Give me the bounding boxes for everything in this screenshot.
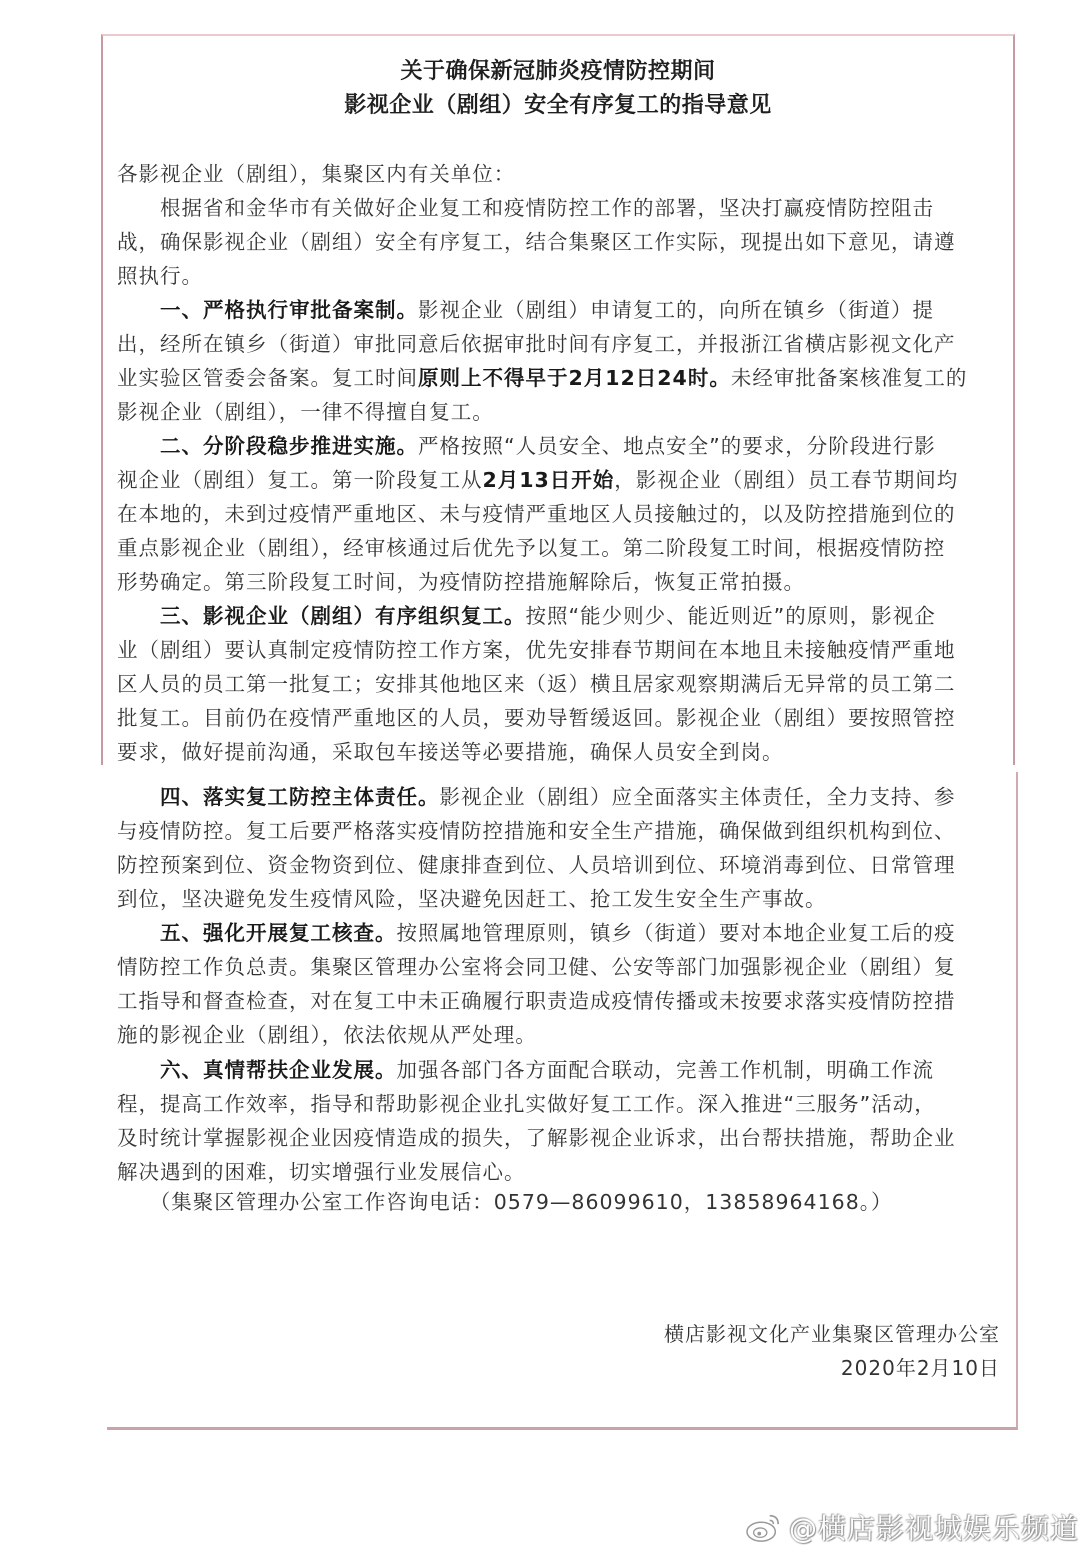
text-run: ，影视企业（剧组）员工春节期间均 xyxy=(614,468,958,492)
text-run: 业（剧组）要认真制定疫情防控工作方案，优先安排春节期间在本地且未接触疫情严重地 xyxy=(117,638,956,662)
body-line: 六、真情帮扶企业发展。加强各部门各方面配合联动，完善工作机制，明确工作流 xyxy=(117,1055,1007,1085)
body-line: 程，提高工作效率，指导和帮助影视企业扎实做好复工工作。深入推进“三服务”活动， xyxy=(117,1089,1007,1119)
text-run: 影视企业（剧组）申请复工的，向所在镇乡（街道）提 xyxy=(418,298,934,322)
body-line: 要求，做好提前沟通，采取包车接送等必要措施，确保人员安全到岗。 xyxy=(117,737,1007,767)
text-run: 按照“能少则少、能近则近”的原则，影视企 xyxy=(526,604,936,628)
document-page: 关于确保新冠肺炎疫情防控期间 影视企业（剧组）安全有序复工的指导意见 各影视企业… xyxy=(0,0,1080,1550)
body-line: 工指导和督查检查，对在复工中未正确履行职责造成疫情传播或未按要求落实疫情防控措 xyxy=(117,986,1007,1016)
text-run: 防控预案到位、资金物资到位、健康排查到位、人员培训到位、环境消毒到位、日常管理 xyxy=(117,853,956,877)
text-run: 业实验区管委会备案。复工时间 xyxy=(117,366,418,390)
body-line: 及时统计掌握影视企业因疫情造成的损失，了解影视企业诉求，出台帮扶措施，帮助企业 xyxy=(117,1123,1007,1153)
text-run: 情防控工作负总责。集聚区管理办公室将会同卫健、公安等部门加强影视企业（剧组）复 xyxy=(117,955,956,979)
body-line: 形势确定。第三阶段复工时间，为疫情防控措施解除后，恢复正常拍摄。 xyxy=(117,567,1007,597)
weibo-icon xyxy=(745,1510,783,1544)
body-line: 业（剧组）要认真制定疫情防控工作方案，优先安排春节期间在本地且未接触疫情严重地 xyxy=(117,635,1007,665)
body-line: 战，确保影视企业（剧组）安全有序复工，结合集聚区工作实际，现提出如下意见，请遵 xyxy=(117,227,1007,257)
body-line: 重点影视企业（剧组），经审核通过后优先予以复工。第二阶段复工时间，根据疫情防控 xyxy=(117,533,1007,563)
body-line: 防控预案到位、资金物资到位、健康排查到位、人员培训到位、环境消毒到位、日常管理 xyxy=(117,850,1007,880)
document-title-line-1: 关于确保新冠肺炎疫情防控期间 xyxy=(101,54,1015,85)
text-run: 要求，做好提前沟通，采取包车接送等必要措施，确保人员安全到岗。 xyxy=(117,740,784,764)
body-line: 解决遇到的困难，切实增强行业发展信心。 xyxy=(117,1157,1007,1187)
body-line: 与疫情防控。复工后要严格落实疫情防控措施和安全生产措施，确保做到组织机构到位、 xyxy=(117,816,1007,846)
text-run: 重点影视企业（剧组），经审核通过后优先予以复工。第二阶段复工时间，根据疫情防控 xyxy=(117,536,945,560)
text-run: 视企业（剧组）复工。第一阶段复工从 xyxy=(117,468,483,492)
body-line: 四、落实复工防控主体责任。影视企业（剧组）应全面落实主体责任，全力支持、参 xyxy=(117,782,1007,812)
salutation: 各影视企业（剧组），集聚区内有关单位： xyxy=(117,159,1007,189)
text-run: 批复工。目前仍在疫情严重地区的人员，要劝导暂缓返回。影视企业（剧组）要按照管控 xyxy=(117,706,956,730)
bold-text-run: 五、强化开展复工核查。 xyxy=(117,921,397,945)
body-line: 二、分阶段稳步推进实施。严格按照“人员安全、地点安全”的要求，分阶段进行影 xyxy=(117,431,1007,461)
text-run: 到位，坚决避免发生疫情风险，坚决避免因赶工、抢工发生安全生产事故。 xyxy=(117,887,827,911)
text-run: 形势确定。第三阶段复工时间，为疫情防控措施解除后，恢复正常拍摄。 xyxy=(117,570,805,594)
signature-date: 2020年2月10日 xyxy=(841,1352,1000,1381)
text-run: 与疫情防控。复工后要严格落实疫情防控措施和安全生产措施，确保做到组织机构到位、 xyxy=(117,819,956,843)
text-run: 工指导和督查检查，对在复工中未正确履行职责造成疫情传播或未按要求落实疫情防控措 xyxy=(117,989,956,1013)
text-run: 根据省和金华市有关做好企业复工和疫情防控工作的部署，坚决打赢疫情防控阻击 xyxy=(117,196,934,220)
body-line: 业实验区管委会备案。复工时间原则上不得早于2月12日24时。未经审批备案核准复工… xyxy=(117,363,1007,393)
text-run: 影视企业（剧组）应全面落实主体责任，全力支持、参 xyxy=(440,785,956,809)
text-run: 照执行。 xyxy=(117,264,203,288)
text-run: 在本地的，未到过疫情严重地区、未与疫情严重地区人员接触过的，以及防控措施到位的 xyxy=(117,502,956,526)
text-run: 出，经所在镇乡（街道）审批同意后依据审批时间有序复工，并报浙江省横店影视文化产 xyxy=(117,332,956,356)
text-run: 施的影视企业（剧组），依法依规从严处理。 xyxy=(117,1023,537,1047)
text-run: 区人员的员工第一批复工；安排其他地区来（返）横且居家观察期满后无异常的员工第二 xyxy=(117,672,956,696)
body-line: 三、影视企业（剧组）有序组织复工。按照“能少则少、能近则近”的原则，影视企 xyxy=(117,601,1007,631)
text-run: 解决遇到的困难，切实增强行业发展信心。 xyxy=(117,1160,526,1184)
text-run: 程，提高工作效率，指导和帮助影视企业扎实做好复工工作。深入推进“三服务”活动， xyxy=(117,1092,936,1116)
body-line: 施的影视企业（剧组），依法依规从严处理。 xyxy=(117,1020,1007,1050)
signature-organization: 横店影视文化产业集聚区管理办公室 xyxy=(664,1318,1000,1347)
body-line: 影视企业（剧组），一律不得擅自复工。 xyxy=(117,397,1007,427)
bold-text-run: 二、分阶段稳步推进实施。 xyxy=(117,434,418,458)
text-run: 未经审批备案核准复工的 xyxy=(731,366,968,390)
body-line: 批复工。目前仍在疫情严重地区的人员，要劝导暂缓返回。影视企业（剧组）要按照管控 xyxy=(117,703,1007,733)
document-title-line-2: 影视企业（剧组）安全有序复工的指导意见 xyxy=(101,88,1015,119)
bold-text-run: 三、影视企业（剧组）有序组织复工。 xyxy=(117,604,526,628)
bold-text-run: 一、严格执行审批备案制。 xyxy=(117,298,418,322)
bold-text-run: 原则上不得早于2月12日24时。 xyxy=(418,366,731,390)
text-run: 影视企业（剧组），一律不得擅自复工。 xyxy=(117,400,494,424)
body-line: 出，经所在镇乡（街道）审批同意后依据审批时间有序复工，并报浙江省横店影视文化产 xyxy=(117,329,1007,359)
bold-text-run: 六、真情帮扶企业发展。 xyxy=(117,1058,397,1082)
body-line: 区人员的员工第一批复工；安排其他地区来（返）横且居家观察期满后无异常的员工第二 xyxy=(117,669,1007,699)
body-line: 五、强化开展复工核查。按照属地管理原则，镇乡（街道）要对本地企业复工后的疫 xyxy=(117,918,1007,948)
text-run: 严格按照“人员安全、地点安全”的要求，分阶段进行影 xyxy=(418,434,936,458)
weibo-watermark: @横店影视城娱乐频道 xyxy=(745,1505,1079,1549)
body-line: 一、严格执行审批备案制。影视企业（剧组）申请复工的，向所在镇乡（街道）提 xyxy=(117,295,1007,325)
text-run: 战，确保影视企业（剧组）安全有序复工，结合集聚区工作实际，现提出如下意见，请遵 xyxy=(117,230,956,254)
body-line: 视企业（剧组）复工。第一阶段复工从2月13日开始，影视企业（剧组）员工春节期间均 xyxy=(117,465,1007,495)
bold-text-run: 四、落实复工防控主体责任。 xyxy=(117,785,440,809)
watermark-text: @横店影视城娱乐频道 xyxy=(789,1507,1079,1547)
body-line: 照执行。 xyxy=(117,261,1007,291)
text-run: 加强各部门各方面配合联动，完善工作机制，明确工作流 xyxy=(397,1058,935,1082)
body-line: 到位，坚决避免发生疫情风险，坚决避免因赶工、抢工发生安全生产事故。 xyxy=(117,884,1007,914)
body-line: 情防控工作负总责。集聚区管理办公室将会同卫健、公安等部门加强影视企业（剧组）复 xyxy=(117,952,1007,982)
text-run: 及时统计掌握影视企业因疫情造成的损失，了解影视企业诉求，出台帮扶措施，帮助企业 xyxy=(117,1126,956,1150)
body-line: 根据省和金华市有关做好企业复工和疫情防控工作的部署，坚决打赢疫情防控阻击 xyxy=(117,193,1007,223)
text-run: （集聚区管理办公室工作咨询电话：0579—86099610，1385896416… xyxy=(117,1190,892,1214)
body-line: 在本地的，未到过疫情严重地区、未与疫情严重地区人员接触过的，以及防控措施到位的 xyxy=(117,499,1007,529)
body-line: （集聚区管理办公室工作咨询电话：0579—86099610，1385896416… xyxy=(117,1187,1007,1217)
bold-text-run: 2月13日开始 xyxy=(483,468,615,492)
text-run: 按照属地管理原则，镇乡（街道）要对本地企业复工后的疫 xyxy=(397,921,956,945)
